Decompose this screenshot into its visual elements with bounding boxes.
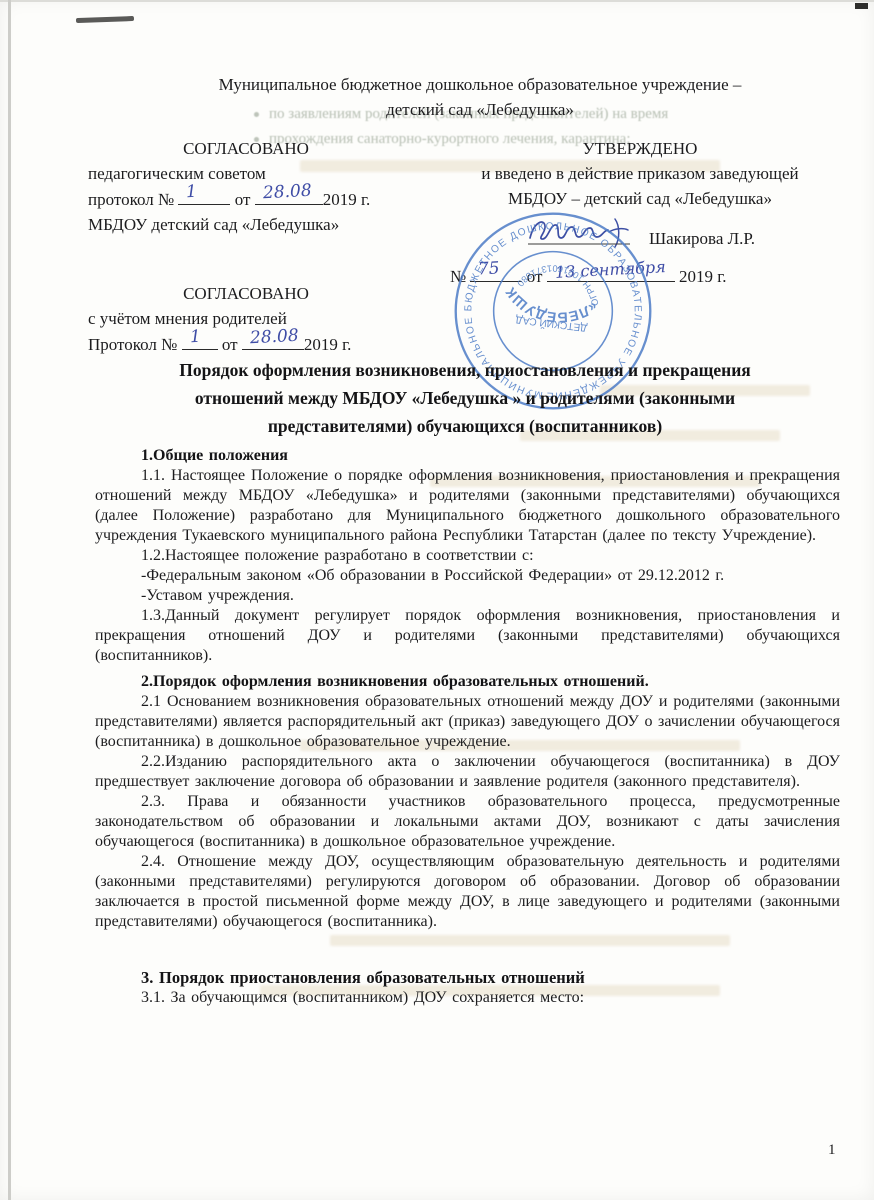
list-item-federal-law: -Федеральным законом «Об образовании в Р… [95, 566, 840, 586]
signer-name: Шакирова Л.Р. [649, 226, 755, 251]
protocol-number-field: 1 [182, 331, 218, 350]
year-label: 2019 г. [304, 335, 352, 354]
page-top-edge [0, 0, 874, 2]
protocol-number-field: 1 [178, 186, 230, 205]
protocol-label: протокол № [88, 190, 174, 209]
paragraph-2-2: 2.2.Изданию распорядительного акта о зак… [95, 752, 840, 792]
scan-artifact-mark [855, 3, 868, 9]
paragraph-1-1: 1.1. Настоящее Положение о порядке оформ… [95, 466, 840, 546]
approval-title: СОГЛАСОВАНО [60, 281, 432, 306]
ot-label: от [222, 335, 238, 354]
organization-name-line1: Муниципальное бюджетное дошкольное образ… [110, 72, 850, 97]
handwritten-protocol-number: 1 [186, 180, 198, 206]
paragraph-1-3: 1.3.Данный документ регулирует порядок о… [95, 606, 840, 666]
protocol-date-field: 28.08 [255, 186, 323, 205]
approval-block-pedagogical: СОГЛАСОВАНО педагогическим советом прото… [60, 136, 432, 237]
approval-body: с учётом мнения родителей Протокол № 1 о… [60, 306, 432, 357]
scan-artifact-mark [76, 16, 134, 23]
protocol-label: Протокол № [88, 335, 177, 354]
section-1-heading: 1.Общие положения [95, 446, 840, 466]
document-title-line1: Порядок оформления возникновения, приост… [95, 356, 835, 384]
handwritten-protocol-date: 28.08 [249, 324, 299, 352]
approval-block-parents: СОГЛАСОВАНО с учётом мнения родителей Пр… [60, 281, 432, 357]
paragraph-2-4: 2.4. Отношение между ДОУ, осуществляющим… [95, 852, 840, 932]
protocol-line: протокол № 1 от 28.082019 г. [88, 186, 432, 212]
approval-title: УТВЕРЖДЕНО [428, 136, 852, 161]
page-left-edge [8, 0, 11, 1200]
year-label: 2019 г. [323, 190, 371, 209]
document-title-line3: представителями) обучающихся (воспитанни… [95, 412, 835, 440]
approval-body: педагогическим советом протокол № 1 от 2… [60, 161, 432, 237]
document-title: Порядок оформления возникновения, приост… [95, 356, 835, 440]
section-3-heading: 3. Порядок приостановления образовательн… [95, 968, 840, 988]
approval-line: МБДОУ детский сад «Лебедушка» [88, 212, 432, 237]
protocol-line: Протокол № 1 от 28.082019 г. [88, 331, 432, 357]
protocol-date-field: 28.08 [242, 331, 304, 350]
section-2-heading: 2.Порядок оформления возникновения образ… [95, 672, 840, 692]
list-item-charter: -Уставом учреждения. [95, 586, 840, 606]
paragraph-2-1: 2.1 Основанием возникновения образовател… [95, 692, 840, 752]
organization-name-line2: детский сад «Лебедушка» [110, 97, 850, 122]
paragraph-3-1: 3.1. За обучающимся (воспитанником) ДОУ … [95, 988, 840, 1008]
paragraph-1-2: 1.2.Настоящее положение разработано в со… [95, 546, 840, 566]
scanned-document-page: по заявлениям родителей (законных предст… [0, 0, 874, 1200]
paragraph-2-3: 2.3. Права и обязанности участников обра… [95, 792, 840, 852]
year-label: 2019 г. [679, 267, 727, 286]
document-title-line2: отношений между МБДОУ «Лебедушка » и род… [95, 384, 835, 412]
approval-title: СОГЛАСОВАНО [60, 136, 432, 161]
approval-line: педагогическим советом [88, 161, 432, 186]
page-number: 1 [828, 1142, 836, 1159]
ot-label: от [235, 190, 251, 209]
document-body: 1.Общие положения 1.1. Настоящее Положен… [95, 446, 840, 1008]
organization-header: Муниципальное бюджетное дошкольное образ… [110, 72, 850, 122]
handwritten-protocol-date: 28.08 [262, 179, 312, 207]
approval-line: и введено в действие приказом заведующей [428, 161, 852, 186]
handwritten-protocol-number: 1 [189, 325, 201, 351]
